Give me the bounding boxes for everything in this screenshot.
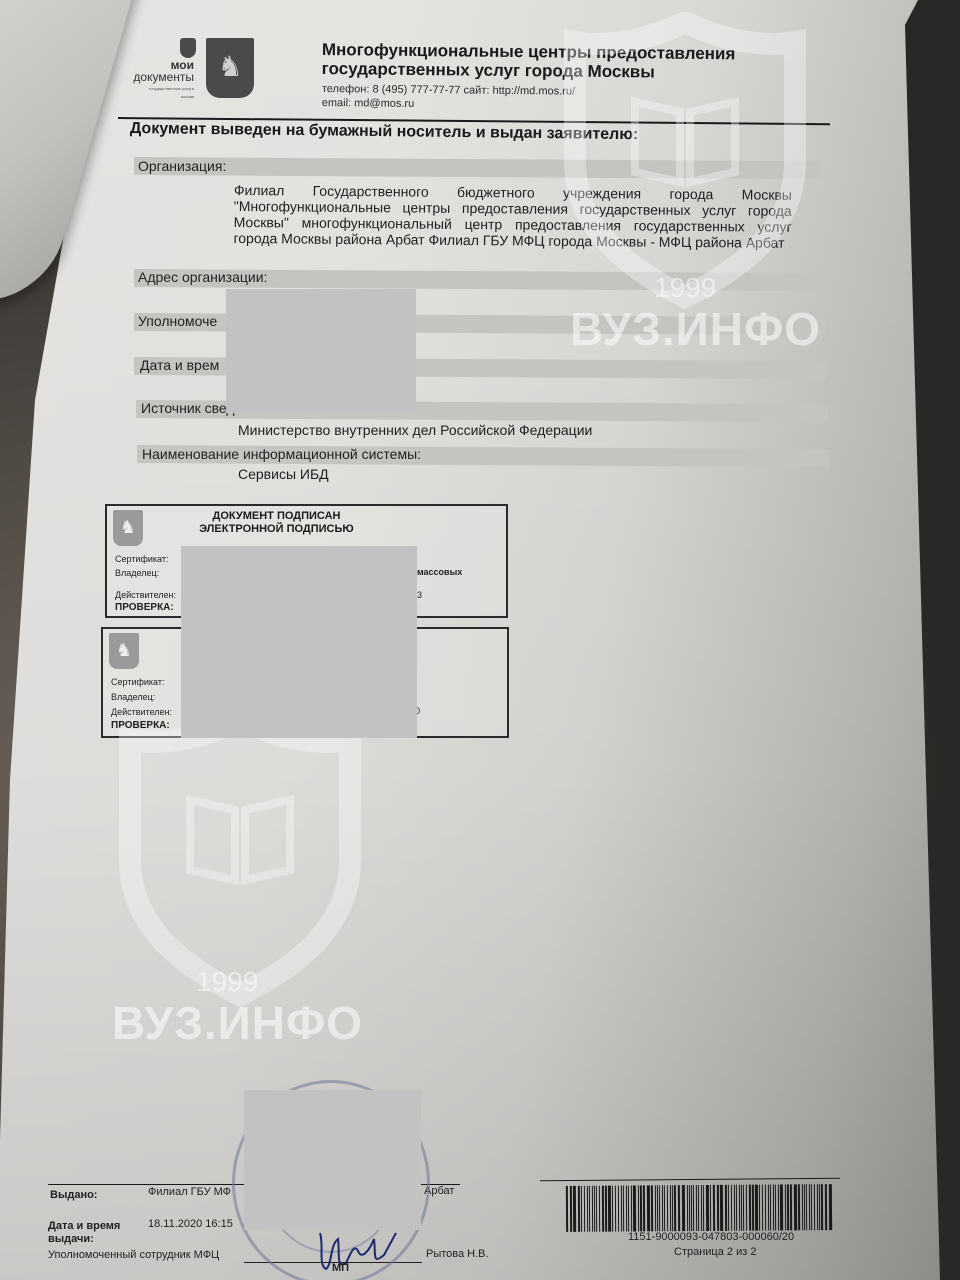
- logo-subtext: государственные услуги: [149, 86, 194, 91]
- owner-fragment: массовых: [417, 567, 462, 577]
- shield-book-icon: [110, 710, 370, 1010]
- label-owner: Владелец:: [115, 568, 159, 578]
- officer-name: Рытова Н.В.: [426, 1248, 489, 1260]
- issued-value-start: Филиал ГБУ МФ: [148, 1186, 231, 1198]
- label-owner: Владелец:: [111, 692, 155, 702]
- label-officer: Уполномоченный сотрудник МФЦ: [48, 1249, 219, 1261]
- barcode-number: 1151-9000093-047803-000060/20: [628, 1231, 794, 1243]
- label-certificate: Сертификат:: [111, 677, 164, 687]
- document-barcode: [566, 1184, 836, 1232]
- label-datetime: Дата и врем: [140, 357, 219, 373]
- moscow-coat-of-arms-icon: ♞: [206, 38, 254, 98]
- handwritten-signature: [310, 1225, 400, 1275]
- mydocs-logo-icon: [180, 38, 196, 58]
- field-bar-organization: [134, 157, 820, 179]
- label-check: ПРОВЕРКА:: [115, 602, 174, 613]
- watermark-text: ВУЗ.ИНФО: [112, 996, 363, 1050]
- document-content: мои документы государственные услуги мос…: [0, 0, 960, 1280]
- redaction-block-authorized: [226, 289, 416, 413]
- redaction-block-stamp: [244, 1090, 421, 1230]
- logo-text-documents: документы: [133, 70, 194, 84]
- label-check: ПРОВЕРКА:: [111, 720, 170, 731]
- label-address: Адрес организации:: [138, 269, 267, 285]
- label-valid: Действителен:: [115, 590, 176, 600]
- value-organization: Филиал Государственного бюджетного учреж…: [233, 182, 792, 251]
- logo-city: москва: [181, 94, 194, 99]
- watermark-year: 1999: [196, 966, 258, 998]
- label-authorized: Уполномоче: [138, 313, 217, 329]
- label-issued: Выдано:: [50, 1189, 97, 1202]
- label-info-system: Наименование информационной системы:: [142, 446, 421, 462]
- issue-datetime-value: 18.11.2020 16:15: [148, 1218, 233, 1230]
- contact-email: email: md@mos.ru: [322, 96, 575, 113]
- signature-title: ДОКУМЕНТ ПОДПИСАН ЭЛЕКТРОННОЙ ПОДПИСЬЮ: [107, 510, 506, 536]
- mydocs-logo: мои документы государственные услуги мос…: [132, 36, 196, 102]
- valid-fragment: 3: [417, 590, 422, 600]
- value-source: Министерство внутренних дел Российской Ф…: [238, 422, 592, 438]
- label-issue-datetime: Дата и время выдачи:: [48, 1220, 120, 1246]
- label-valid: Действителен:: [111, 707, 172, 717]
- signature-title-line1: ДОКУМЕНТ ПОДПИСАН: [137, 510, 416, 523]
- stamp-label: МП: [332, 1262, 349, 1274]
- signature-title-line2: ЭЛЕКТРОННОЙ ПОДПИСЬЮ: [137, 523, 416, 536]
- redaction-block-signatures: [181, 546, 417, 738]
- label-issue-datetime-line1: Дата и время: [48, 1220, 120, 1233]
- footer-divider-right: [540, 1178, 840, 1182]
- organization-title: Многофункциональные центры предоставлени…: [322, 40, 736, 82]
- organization-contact: телефон: 8 (495) 777-77-77 сайт: http://…: [322, 82, 575, 113]
- page-indicator: Страница 2 из 2: [674, 1246, 756, 1258]
- label-organization: Организация:: [138, 158, 226, 174]
- moscow-coat-of-arms-icon: ♞: [109, 633, 139, 669]
- document-heading: Документ выведен на бумажный носитель и …: [130, 120, 639, 144]
- label-issue-datetime-line2: выдачи:: [48, 1233, 120, 1246]
- label-certificate: Сертификат:: [115, 554, 168, 564]
- value-info-system: Сервисы ИБД: [238, 466, 329, 482]
